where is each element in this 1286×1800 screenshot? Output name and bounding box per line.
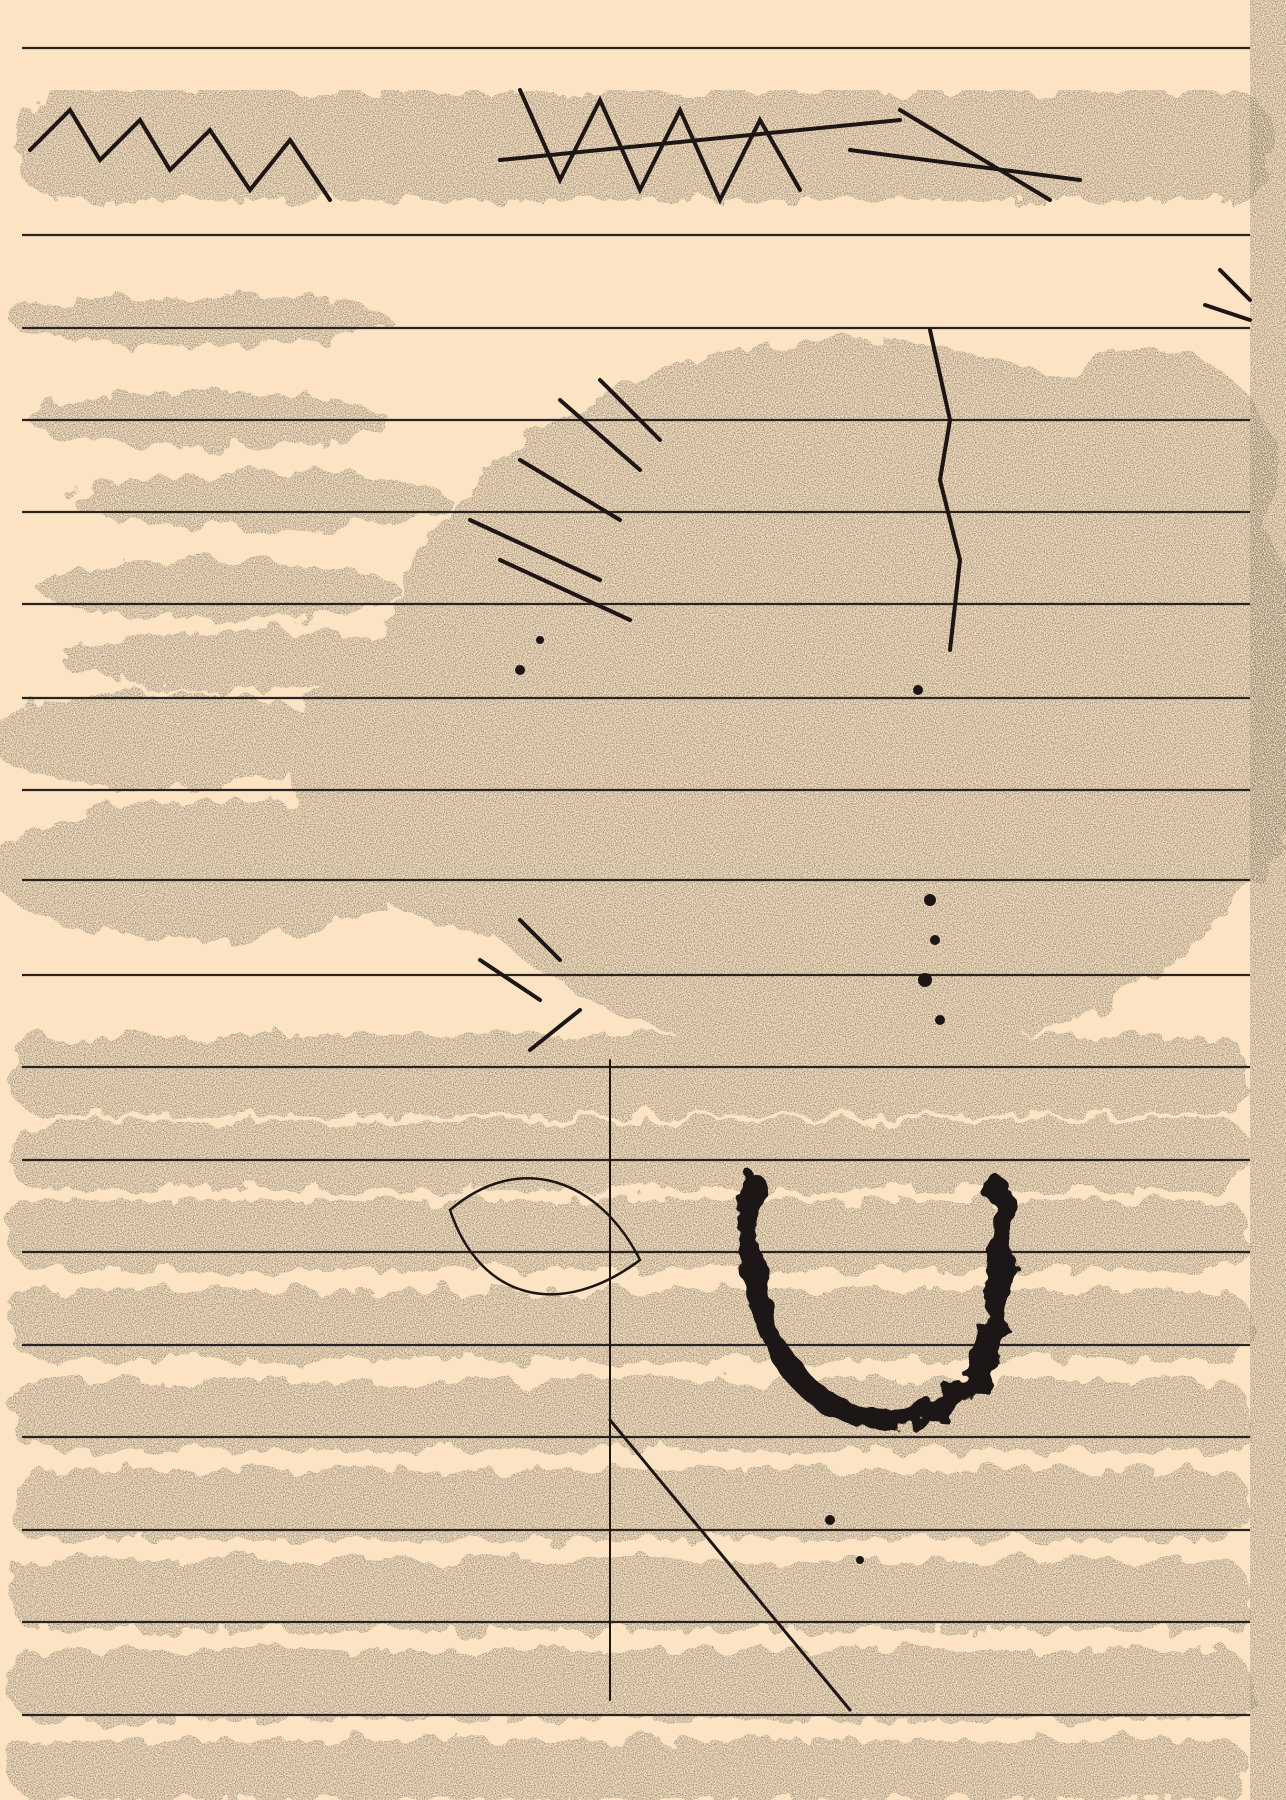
right-edge-band (1250, 0, 1286, 1800)
artwork-svg (0, 0, 1286, 1800)
